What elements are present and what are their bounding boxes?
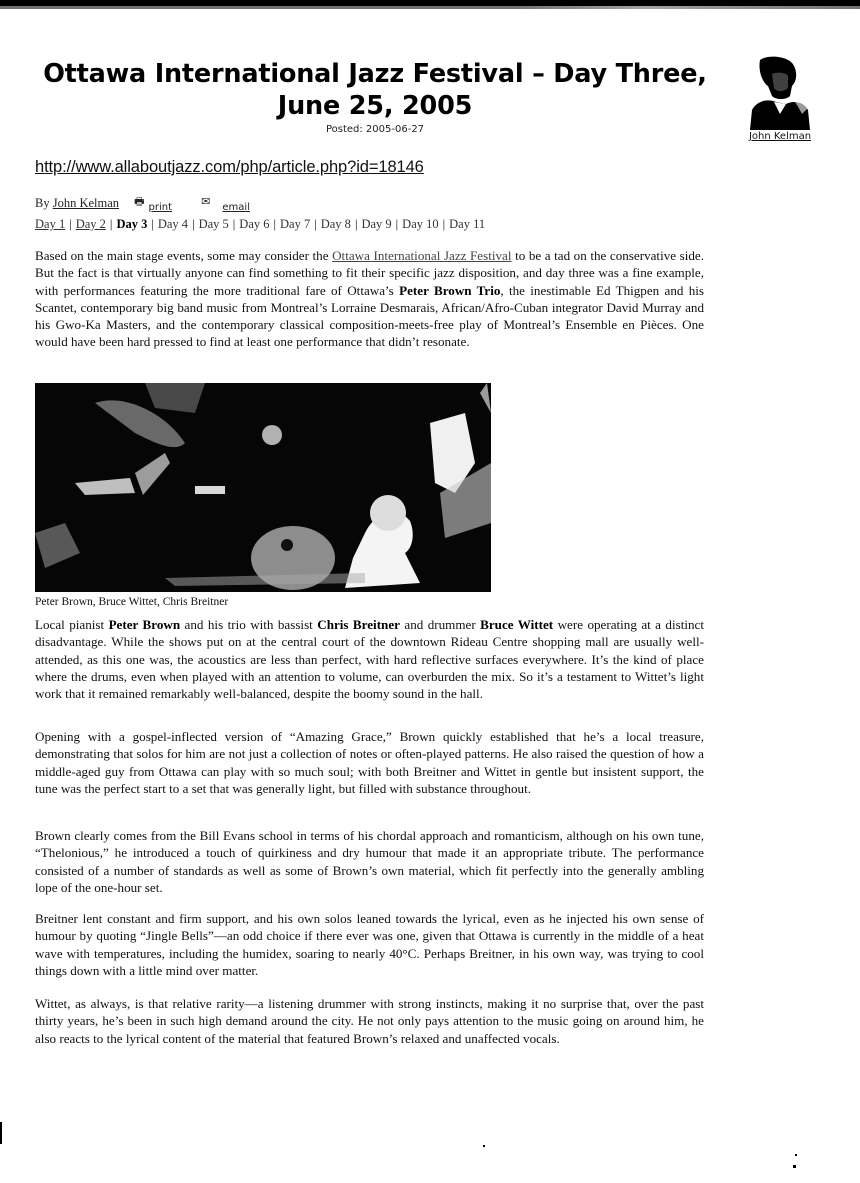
day-link-2[interactable]: Day 2 <box>76 217 106 231</box>
bold-name: Bruce Wittet <box>480 617 553 632</box>
separator: | <box>355 217 358 231</box>
author-portrait-icon <box>746 56 812 130</box>
day-link-5[interactable]: Day 5 <box>199 217 229 231</box>
day-navigation: Day 1|Day 2|Day 3|Day 4|Day 5|Day 6|Day … <box>35 217 485 232</box>
festival-link[interactable]: Ottawa International Jazz Festival <box>332 248 511 263</box>
paragraph-trio: Local pianist Peter Brown and his trio w… <box>35 616 704 702</box>
author-photo-link[interactable]: John Kelman <box>740 131 820 142</box>
photo-caption: Peter Brown, Bruce Wittet, Chris Breitne… <box>35 596 228 608</box>
day-link-9[interactable]: Day 9 <box>361 217 391 231</box>
scan-speck <box>793 1165 796 1168</box>
paragraph-bill-evans: Brown clearly comes from the Bill Evans … <box>35 827 704 896</box>
day-link-7[interactable]: Day 7 <box>280 217 310 231</box>
byline-prefix: By <box>35 196 53 210</box>
article-url[interactable]: http://www.allaboutjazz.com/php/article.… <box>35 158 424 177</box>
scan-artifact <box>0 1122 2 1144</box>
printer-icon[interactable]: 🖶 <box>134 193 144 212</box>
separator: | <box>314 217 317 231</box>
paragraph-wittet: Wittet, as always, is that relative rari… <box>35 995 704 1047</box>
bold-name: Peter Brown Trio <box>399 283 500 298</box>
separator: | <box>233 217 236 231</box>
band-photo-image <box>35 383 491 592</box>
paragraph-amazing-grace: Opening with a gospel-inflected version … <box>35 728 704 797</box>
paragraph-intro: Based on the main stage events, some may… <box>35 247 704 351</box>
day-current-3: Day 3 <box>116 217 147 231</box>
scan-top-edge-shadow <box>0 6 860 9</box>
separator: | <box>110 217 113 231</box>
separator: | <box>396 217 399 231</box>
bold-name: Peter Brown <box>109 617 181 632</box>
article-title: Ottawa International Jazz Festival – Day… <box>30 58 720 122</box>
separator: | <box>274 217 277 231</box>
envelope-icon[interactable]: ✉ <box>201 195 210 208</box>
author-photo[interactable] <box>746 56 812 130</box>
separator: | <box>151 217 154 231</box>
posted-date: Posted: 2005-06-27 <box>30 124 720 135</box>
day-link-10[interactable]: Day 10 <box>402 217 438 231</box>
concert-photo <box>35 383 491 592</box>
scan-speck <box>483 1145 485 1147</box>
separator: | <box>192 217 195 231</box>
day-link-8[interactable]: Day 8 <box>321 217 351 231</box>
day-link-4[interactable]: Day 4 <box>158 217 188 231</box>
bold-name: Chris Breitner <box>317 617 400 632</box>
day-link-11[interactable]: Day 11 <box>449 217 485 231</box>
scan-speck <box>795 1154 797 1156</box>
day-link-6[interactable]: Day 6 <box>239 217 269 231</box>
author-link[interactable]: John Kelman <box>53 196 119 210</box>
separator: | <box>443 217 446 231</box>
day-link-1[interactable]: Day 1 <box>35 217 65 231</box>
byline: By John Kelman 🖶print ✉email <box>35 193 250 213</box>
paragraph-breitner: Breitner lent constant and firm support,… <box>35 910 704 979</box>
print-link[interactable]: print <box>149 202 173 213</box>
email-link[interactable]: email <box>222 202 250 213</box>
separator: | <box>69 217 72 231</box>
